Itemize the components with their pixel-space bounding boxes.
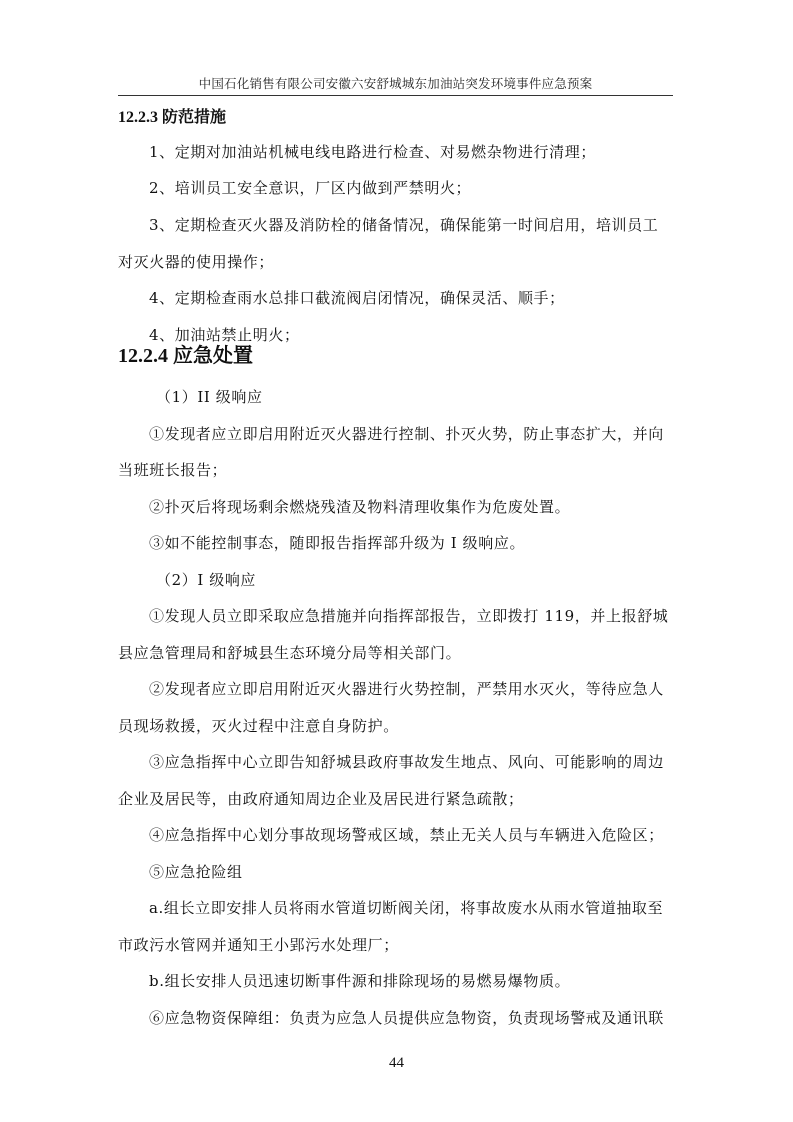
paragraph: ①发现者应立即启用附近灭火器进行控制、扑灭火势，防止事态扩大，并向 [118, 416, 674, 453]
paragraph: 1、定期对加油站机械电线电路进行检查、对易燃杂物进行清理； [118, 134, 674, 171]
subheading-level-1-response: （2）I 级响应 [118, 562, 674, 599]
paragraph: ⑥应急物资保障组：负责为应急人员提供应急物资，负责现场警戒及通讯联 [118, 1000, 674, 1037]
subheading-level-2-response: （1）II 级响应 [118, 379, 674, 416]
section-heading-12-2-4: 12.2.4 应急处置 [118, 342, 253, 370]
paragraph-continuation: 企业及居民等，由政府通知周边企业及居民进行紧急疏散； [118, 781, 674, 818]
paragraph: a.组长立即安排人员将雨水管道切断阀关闭，将事故废水从雨水管道抽取至 [118, 890, 674, 927]
paragraph-continuation: 员现场救援，灭火过程中注意自身防护。 [118, 708, 674, 745]
paragraph: ②扑灭后将现场剩余燃烧残渣及物料清理收集作为危废处置。 [118, 489, 674, 526]
paragraph: ②发现者应立即启用附近灭火器进行火势控制，严禁用水灭火，等待应急人 [118, 671, 674, 708]
paragraph: b.组长安排人员迅速切断事件源和排除现场的易燃易爆物质。 [118, 963, 674, 1000]
section-heading-12-2-3: 12.2.3 防范措施 [118, 104, 226, 132]
page-number: 44 [0, 1055, 793, 1072]
paragraph: 4、定期检查雨水总排口截流阀启闭情况，确保灵活、顺手； [118, 280, 674, 317]
paragraph: ③如不能控制事态，随即报告指挥部升级为 I 级响应。 [118, 525, 674, 562]
paragraph: ①发现人员立即采取应急措施并向指挥部报告，立即拨打 119，并上报舒城 [118, 598, 674, 635]
paragraph: 3、定期检查灭火器及消防栓的储备情况，确保能第一时间启用，培训员工 [118, 207, 674, 244]
paragraph-continuation: 县应急管理局和舒城县生态环境分局等相关部门。 [118, 635, 674, 672]
paragraph-continuation: 市政污水管网并通知王小郢污水处理厂； [118, 927, 674, 964]
paragraph: 2、培训员工安全意识，厂区内做到严禁明火； [118, 170, 674, 207]
paragraph-continuation: 对灭火器的使用操作； [118, 244, 674, 281]
paragraph: ③应急指挥中心立即告知舒城县政府事故发生地点、风向、可能影响的周边 [118, 744, 674, 781]
paragraph: ⑤应急抢险组 [118, 854, 674, 891]
paragraph-continuation: 当班班长报告； [118, 452, 674, 489]
page-header: 中国石化销售有限公司安徽六安舒城城东加油站突发环境事件应急预案 [118, 74, 673, 96]
paragraph: ④应急指挥中心划分事故现场警戒区域，禁止无关人员与车辆进入危险区； [118, 817, 674, 854]
